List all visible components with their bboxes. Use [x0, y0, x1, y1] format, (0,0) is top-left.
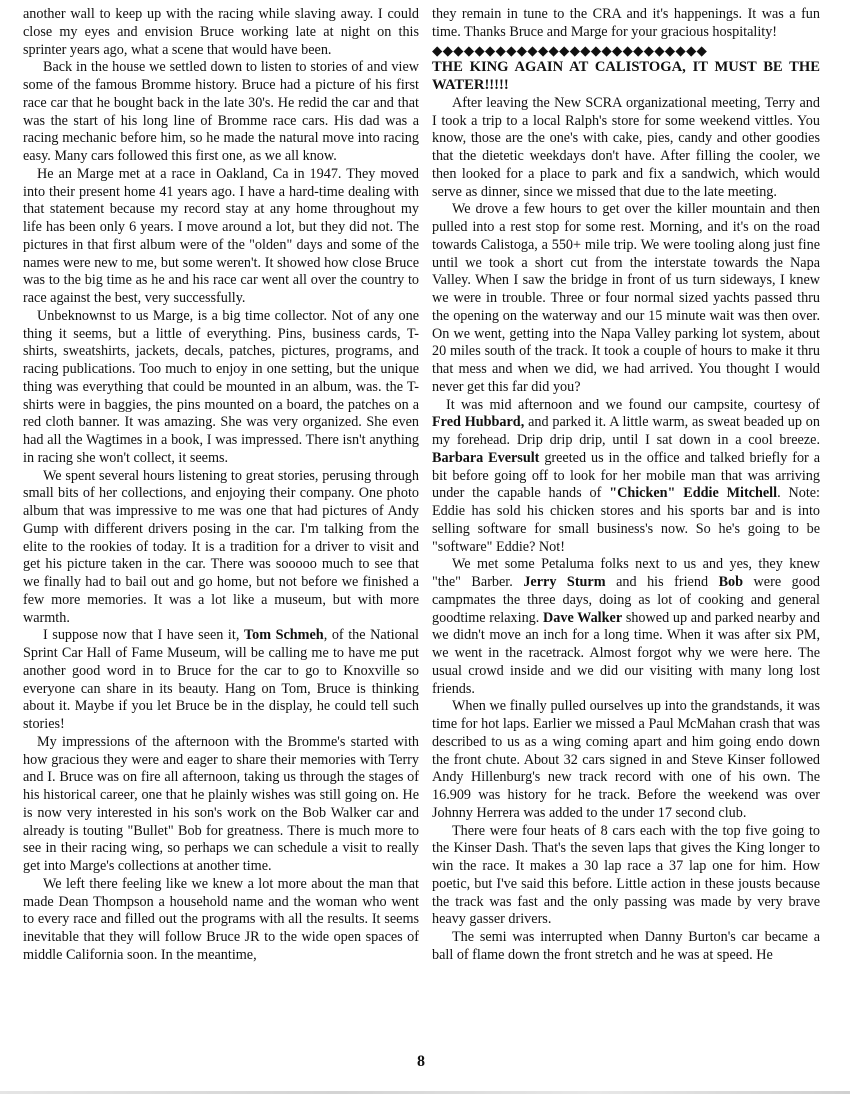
text: It was mid afternoon and we found our ca…: [446, 397, 820, 413]
scan-edge-rule: [0, 1091, 850, 1094]
paragraph: My impressions of the afternoon with the…: [23, 734, 419, 876]
paragraph: another wall to keep up with the racing …: [23, 6, 419, 59]
person-name: Fred Hubbard,: [432, 414, 524, 430]
paragraph: After leaving the New SCRA organizationa…: [432, 95, 820, 202]
paragraph: We left there feeling like we knew a lot…: [23, 876, 419, 965]
newsletter-page: another wall to keep up with the racing …: [0, 0, 850, 1100]
person-name: Jerry Sturm: [523, 574, 605, 590]
paragraph: The semi was interrupted when Danny Burt…: [432, 929, 820, 965]
article-headline: THE KING AGAIN AT CALISTOGA, IT MUST BE …: [432, 59, 820, 95]
paragraph: There were four heats of 8 cars each wit…: [432, 823, 820, 930]
paragraph: Unbeknownst to us Marge, is a big time c…: [23, 308, 419, 468]
person-name: Dave Walker: [543, 610, 622, 626]
right-column: they remain in tune to the CRA and it's …: [432, 6, 820, 965]
person-name: Barbara Eversult: [432, 450, 539, 466]
paragraph: Back in the house we settled down to lis…: [23, 59, 419, 166]
paragraph: We spent several hours listening to grea…: [23, 468, 419, 628]
paragraph: We drove a few hours to get over the kil…: [432, 201, 820, 396]
paragraph: He an Marge met at a race in Oakland, Ca…: [23, 166, 419, 308]
paragraph: When we finally pulled ourselves up into…: [432, 698, 820, 822]
person-name: "Chicken" Eddie Mitchell: [609, 485, 777, 501]
text: I suppose now that I have seen it,: [43, 627, 244, 643]
diamond-divider: ◆◆◆◆◆◆◆◆◆◆◆◆◆◆◆◆◆◆◆◆◆◆◆◆◆◆: [432, 42, 820, 60]
text: and his friend: [606, 574, 719, 590]
person-name: Tom Schmeh: [244, 627, 324, 643]
person-name: Bob: [719, 574, 743, 590]
paragraph: It was mid afternoon and we found our ca…: [432, 397, 820, 557]
paragraph: We met some Petaluma folks next to us an…: [432, 556, 820, 698]
paragraph: I suppose now that I have seen it, Tom S…: [23, 627, 419, 734]
page-number: 8: [417, 1053, 425, 1071]
paragraph: they remain in tune to the CRA and it's …: [432, 6, 820, 42]
left-column: another wall to keep up with the racing …: [23, 6, 419, 965]
